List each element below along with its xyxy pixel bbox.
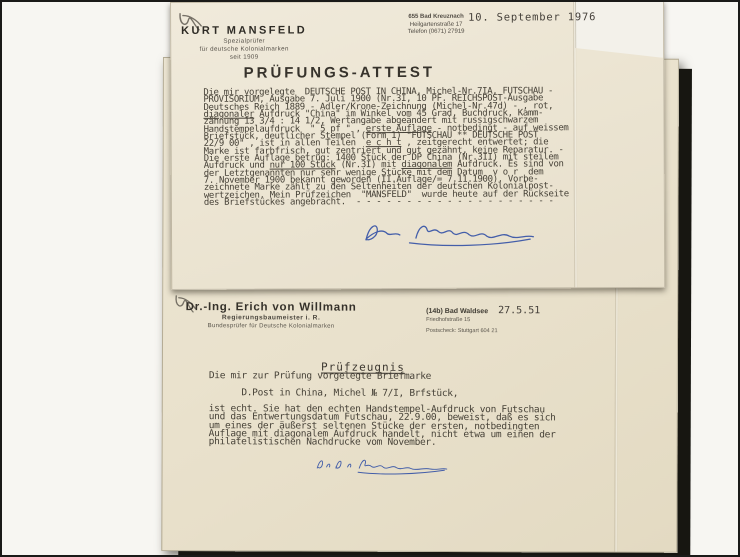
cert1-title: PRÜFUNGS-ATTEST [171, 64, 507, 83]
mansfeld-phone: Telefon (0671) 27919 [407, 29, 465, 37]
willmann-postscheck: Postscheck: Stuttgart 604 21 [426, 328, 540, 335]
typewriter-line: Die mir zur Prüfung vorgelegte Briefmark… [209, 372, 649, 382]
willmann-place: (14b) Bad Waldsee [426, 308, 488, 315]
willmann-letterhead: Dr.-Ing. Erich von Willmann Regierungsba… [183, 301, 359, 330]
willmann-name: Dr.-Ing. Erich von Willmann [183, 301, 359, 314]
certificate-mansfeld-paper: KURT MANSFELD Spezialprüfer für deutsche… [170, 0, 665, 290]
typewriter-line: D.Post in China, Michel № 7/I, Brfstück, [209, 389, 649, 399]
typewriter-line: des Briefstückes angebracht. - - - - - -… [204, 198, 644, 207]
mansfeld-city: 655 Bad Kreuznach [407, 14, 465, 22]
willmann-date: 27.5.51 [498, 305, 540, 316]
photo-of-certificates: Dr.-Ing. Erich von Willmann Regierungsba… [0, 0, 740, 557]
mansfeld-sub3: seit 1909 [171, 53, 317, 62]
mansfeld-letterhead: KURT MANSFELD Spezialprüfer für deutsche… [171, 24, 317, 62]
willmann-signature [313, 452, 453, 478]
willmann-role-line: Bundesprüfer für Deutsche Kolonialmarken [183, 323, 359, 330]
mansfeld-address-block: 655 Bad Kreuznach Heilgartenstraße 17 Te… [407, 14, 465, 37]
cert1-date: 10. September 1976 [468, 11, 596, 24]
mansfeld-name: KURT MANSFELD [171, 24, 317, 37]
willmann-address-block: (14b) Bad Waldsee 27.5.51 Friedhofstraße… [426, 305, 540, 335]
cert1-body-text: Die mir vorgelegte DEUTSCHE POST IN CHIN… [203, 88, 644, 207]
mansfeld-signature [358, 213, 543, 251]
willmann-title-line: Regierungsbaumeister i. R. [183, 314, 359, 322]
folded-corner-glare [575, 1, 663, 58]
typewriter-line: philatelistischen Nachdrucke vom Novembe… [209, 439, 649, 449]
cert2-body-text: Die mir zur Prüfung vorgelegte Briefmark… [209, 372, 649, 448]
willmann-street: Friedhofstraße 15 [426, 317, 540, 324]
